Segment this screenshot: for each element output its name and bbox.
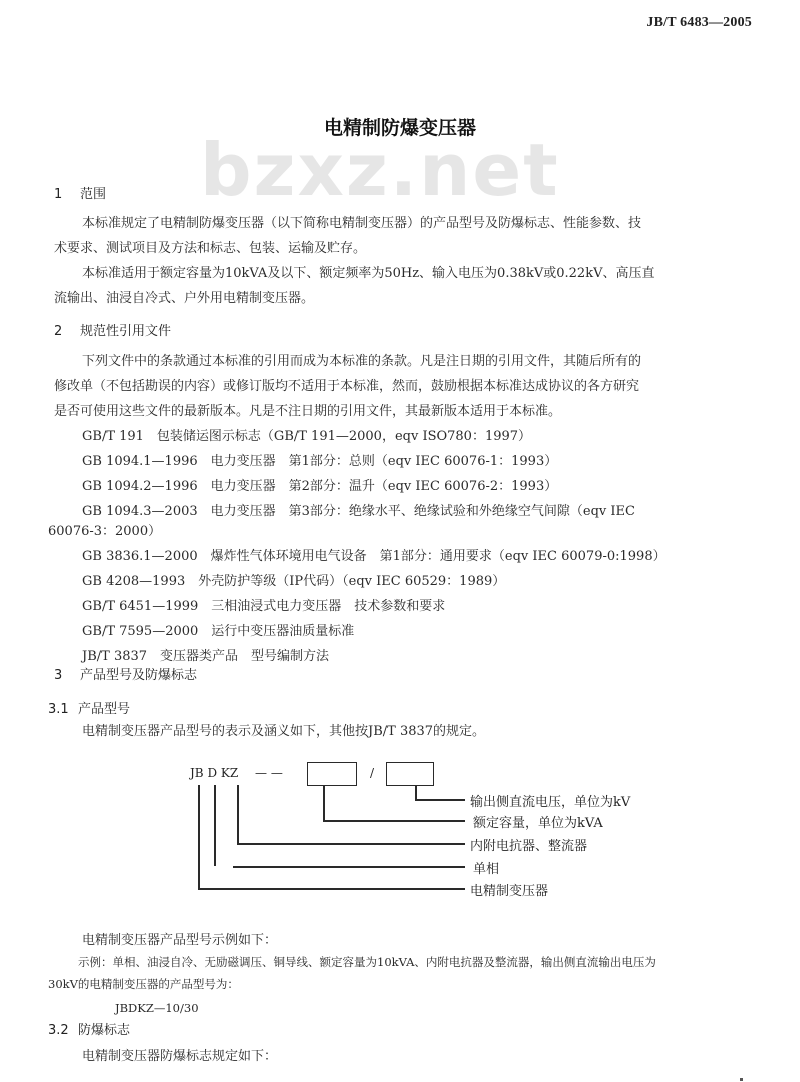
capacity-box bbox=[307, 762, 357, 786]
paragraph: 电精制变压器产品型号示例如下： bbox=[82, 929, 277, 948]
reference-item: GB 1094.1—1996 电力变压器 第1部分：总则（eqv IEC 600… bbox=[82, 450, 557, 469]
example-text: 30kV的电精制变压器的产品型号为： bbox=[48, 976, 239, 992]
subsection-3-2-heading: 3.2防爆标志 bbox=[48, 1019, 130, 1038]
section-1-heading: 1范围 bbox=[54, 183, 106, 202]
reference-item: GB/T 6451—1999 三相油浸式电力变压器 技术参数和要求 bbox=[82, 595, 445, 614]
paragraph: 电精制变压器产品型号的表示及涵义如下，其他按JB/T 3837的规定。 bbox=[82, 720, 485, 739]
diagram-label-capacity: 额定容量，单位为kVA bbox=[473, 812, 603, 831]
model-code-prefix: JB D KZ bbox=[190, 766, 238, 780]
diagram-label-single-phase: 单相 bbox=[473, 858, 499, 877]
reference-item: GB/T 191 包装储运图示标志（GB/T 191—2000，eqv ISO7… bbox=[82, 425, 531, 444]
section-3-heading: 3产品型号及防爆标志 bbox=[54, 664, 197, 683]
subsection-number: 3.1 bbox=[48, 702, 78, 717]
subsection-3-1-heading: 3.1产品型号 bbox=[48, 698, 130, 717]
section-number: 3 bbox=[54, 668, 80, 683]
scan-speck bbox=[740, 1078, 743, 1081]
reference-item: GB 1094.2—1996 电力变压器 第2部分：温升（eqv IEC 600… bbox=[82, 475, 557, 494]
watermark: bzxz.net bbox=[200, 128, 560, 212]
diagram-label-voltage: 输出侧直流电压，单位为kV bbox=[470, 791, 630, 810]
document-title: 电精制防爆变压器 bbox=[0, 113, 800, 140]
section-number: 1 bbox=[54, 187, 80, 202]
diagram-label-transformer: 电精制变压器 bbox=[470, 880, 548, 899]
paragraph: 是否可使用这些文件的最新版本。凡是不注日期的引用文件，其最新版本适用于本标准。 bbox=[54, 400, 561, 419]
paragraph: 电精制变压器防爆标志规定如下： bbox=[82, 1045, 277, 1064]
diagram-label-reactor-rectifier: 内附电抗器、整流器 bbox=[470, 835, 587, 854]
model-code-slash: / bbox=[370, 766, 374, 780]
model-code-dash: — — bbox=[255, 766, 283, 780]
paragraph: 修改单（不包括勘误的内容）或修订版均不适用于本标准，然而，鼓励根据本标准达成协议… bbox=[54, 375, 639, 394]
reference-item: GB 3836.1—2000 爆炸性气体环境用电气设备 第1部分：通用要求（eq… bbox=[82, 545, 666, 564]
paragraph: 本标准适用于额定容量为10kVA及以下、额定频率为50Hz、输入电压为0.38k… bbox=[82, 262, 654, 281]
section-title: 范围 bbox=[80, 187, 106, 202]
subsection-number: 3.2 bbox=[48, 1023, 78, 1038]
standard-number: JB/T 6483—2005 bbox=[646, 15, 752, 31]
paragraph: 下列文件中的条款通过本标准的引用而成为本标准的条款。凡是注日期的引用文件，其随后… bbox=[82, 350, 641, 369]
section-number: 2 bbox=[54, 324, 80, 339]
example-model-code: JBDKZ—10/30 bbox=[115, 1001, 199, 1015]
reference-item: GB 1094.3—2003 电力变压器 第3部分：绝缘水平、绝缘试验和外绝缘空… bbox=[82, 500, 635, 519]
voltage-box bbox=[386, 762, 434, 786]
reference-item: JB/T 3837 变压器类产品 型号编制方法 bbox=[82, 645, 329, 664]
subsection-title: 产品型号 bbox=[78, 702, 130, 717]
paragraph: 术要求、测试项目及方法和标志、包装、运输及贮存。 bbox=[54, 237, 366, 256]
reference-item: GB/T 7595—2000 运行中变压器油质量标准 bbox=[82, 620, 354, 639]
reference-item: GB 4208—1993 外壳防护等级（IP代码）（eqv IEC 60529：… bbox=[82, 570, 505, 589]
paragraph: 本标准规定了电精制防爆变压器（以下简称电精制变压器）的产品型号及防爆标志、性能参… bbox=[82, 212, 641, 231]
paragraph: 流输出、油浸自冷式、户外用电精制变压器。 bbox=[54, 287, 314, 306]
reference-item-continuation: 60076-3：2000） bbox=[48, 520, 161, 539]
section-title: 产品型号及防爆标志 bbox=[80, 668, 197, 683]
section-title: 规范性引用文件 bbox=[80, 324, 171, 339]
example-text: 示例：单相、油浸自冷、无励磁调压、铜导线、额定容量为10kVA、内附电抗器及整流… bbox=[78, 954, 656, 970]
subsection-title: 防爆标志 bbox=[78, 1023, 130, 1038]
section-2-heading: 2规范性引用文件 bbox=[54, 320, 171, 339]
